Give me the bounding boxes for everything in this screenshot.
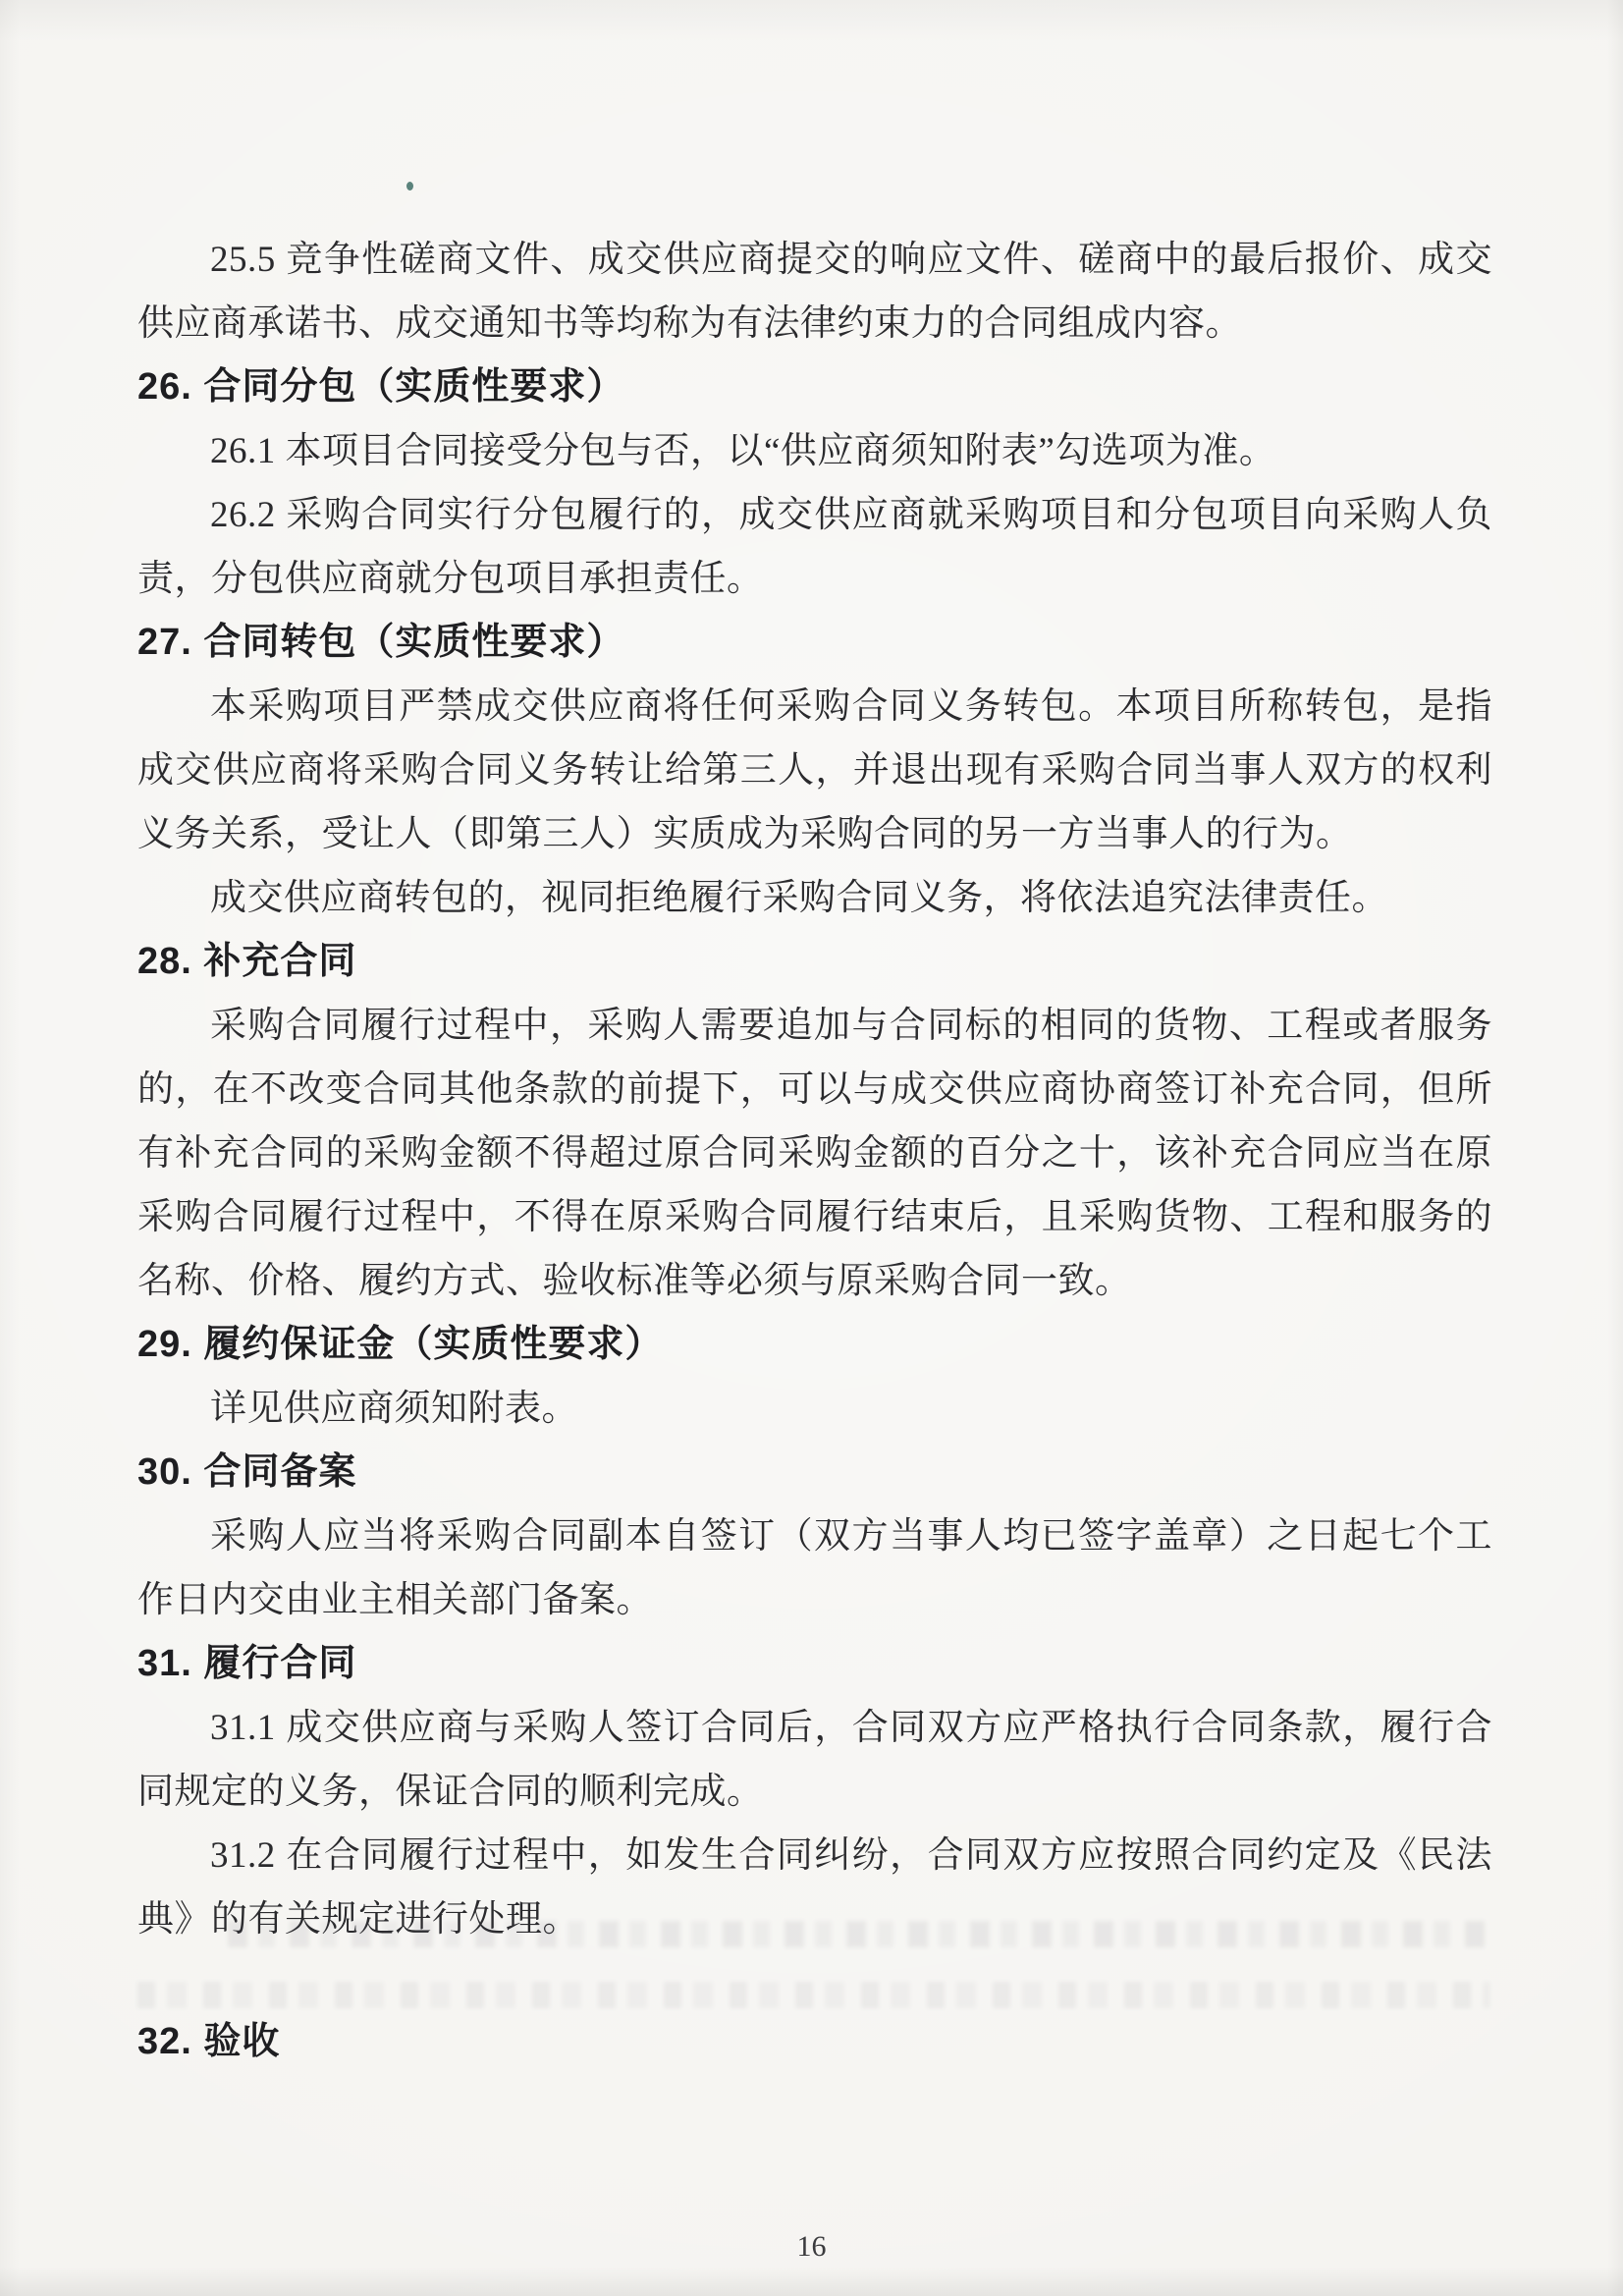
heading-31-contract-performance: 31. 履行合同 (137, 1632, 1492, 1696)
heading-26-contract-subcontract: 26. 合同分包（实质性要求） (137, 355, 1492, 419)
clause-27-paragraph-2: 成交供应商转包的，视同拒绝履行采购合同义务，将依法追究法律责任。 (137, 866, 1492, 930)
clause-31-1-paragraph: 31.1 成交供应商与采购人签订合同后，合同双方应严格执行合同条款，履行合同规定… (137, 1696, 1492, 1824)
clause-30-paragraph: 采购人应当将采购合同副本自签订（双方当事人均已签字盖章）之日起七个工作日内交由业… (137, 1504, 1492, 1632)
clause-27-paragraph-1: 本采购项目严禁成交供应商将任何采购合同义务转包。本项目所称转包，是指成交供应商将… (137, 675, 1492, 866)
clause-29-paragraph: 详见供应商须知附表。 (137, 1377, 1492, 1441)
page-number: 16 (0, 2229, 1623, 2265)
heading-32-acceptance: 32. 验收 (137, 2010, 1492, 2074)
clause-26-2-paragraph: 26.2 采购合同实行分包履行的，成交供应商就采购项目和分包项目向采购人负责，分… (137, 483, 1492, 611)
heading-27-contract-transfer: 27. 合同转包（实质性要求） (137, 611, 1492, 675)
scanned-document-page: 25.5 竞争性磋商文件、成交供应商提交的响应文件、磋商中的最后报价、成交供应商… (0, 0, 1623, 2296)
heading-30-contract-filing: 30. 合同备案 (137, 1441, 1492, 1504)
clause-28-paragraph: 采购合同履行过程中，采购人需要追加与合同标的相同的货物、工程或者服务的，在不改变… (137, 994, 1492, 1313)
heading-28-supplementary-contract: 28. 补充合同 (137, 930, 1492, 994)
scan-speck-artifact (406, 182, 413, 191)
clause-31-2-paragraph: 31.2 在合同履行过程中，如发生合同纠纷，合同双方应按照合同约定及《民法典》的… (137, 1824, 1492, 1951)
clause-26-1-paragraph: 26.1 本项目合同接受分包与否，以“供应商须知附表”勾选项为准。 (137, 419, 1492, 483)
document-body: 25.5 竞争性磋商文件、成交供应商提交的响应文件、磋商中的最后报价、成交供应商… (137, 228, 1492, 2074)
clause-25-5-paragraph: 25.5 竞争性磋商文件、成交供应商提交的响应文件、磋商中的最后报价、成交供应商… (137, 228, 1492, 355)
heading-29-performance-bond: 29. 履约保证金（实质性要求） (137, 1313, 1492, 1377)
